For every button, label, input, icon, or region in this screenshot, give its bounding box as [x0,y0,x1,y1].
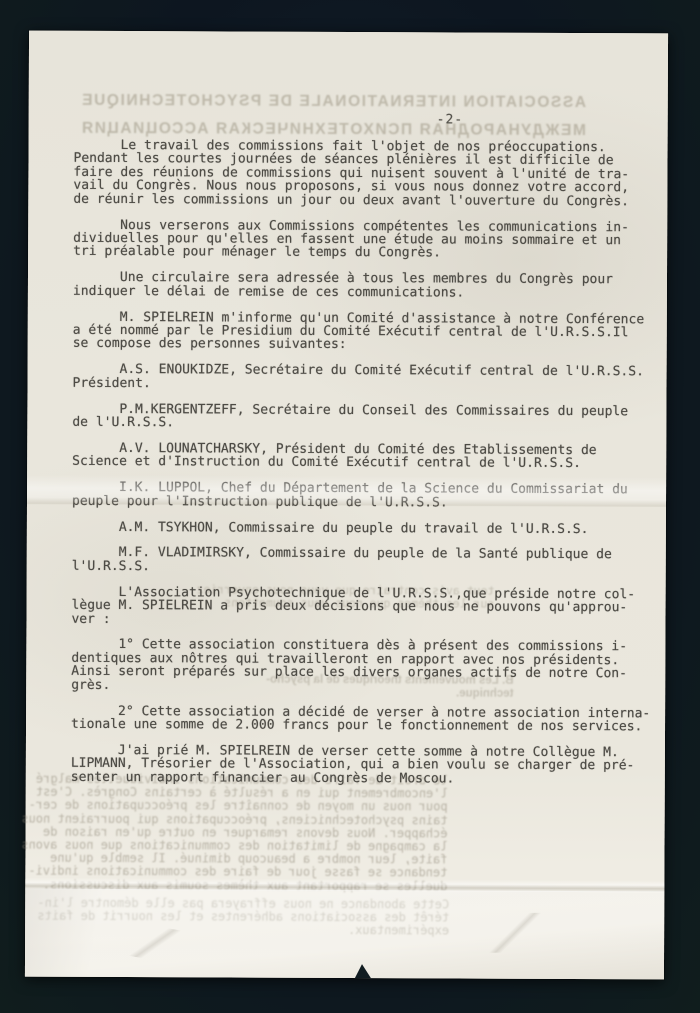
page-number: -2- [437,112,464,127]
paragraph-commissions-work: Le travail des commissions fait l'objet … [73,139,667,209]
paragraph-communications-triage: Nous verserons aux Commissions compétent… [73,218,667,261]
verso-letterhead-latin: ASSOCIATION INTERNATIONALE DE PSYCHOTECH… [59,87,608,117]
member-tsykhon: A.M. TSYKHON, Commissaire du peuple du t… [72,520,666,536]
scan-background: ASSOCIATION INTERNATIONALE DE PSYCHOTECH… [0,0,700,1013]
paper-wrinkle [455,912,575,953]
member-vladimirsky: M.F. VLADIMIRSKY, Commissaire du peuple … [72,546,666,575]
paragraph-association-decisions: L'Association Psychotechnique de l'U.R.S… [71,586,665,629]
member-luppol: I.K. LUPPOL, Chef du Département de la S… [72,481,666,510]
paragraph-decision-2: 2° Cette association a décidé de verser … [71,704,665,733]
member-enoukidze: A.S. ENOUKIDZE, Secrétaire du Comité Exé… [72,363,666,392]
paragraph-lipmann-rapport: J'ai prié M. SPIELREIN de verser cette s… [71,744,665,787]
letter-body: Le travail des commissions fait l'objet … [71,139,668,799]
paragraph-decision-1: 1° Cette association constituera dès à p… [71,638,665,694]
bottom-fold-highlight [25,889,664,980]
member-kergentzeff: P.M.KERGENTZEFF, Secrétaire du Conseil d… [72,402,666,431]
fold-crease-lower [25,878,664,893]
paragraph-spielrein-comite: M. SPIELREIN m'informe qu'un Comité d'as… [73,310,667,353]
paper-wrinkle [83,914,227,972]
paragraph-circulaire: Une circulaire sera adressée à tous les … [73,271,667,300]
verso-letterhead: ASSOCIATION INTERNATIONALE DE PSYCHOTECH… [59,87,608,145]
verso-paragraph-bleedthrough: Cette abondance ne nous effrayera pas el… [39,897,449,938]
document-page: ASSOCIATION INTERNATIONALE DE PSYCHOTECH… [25,31,668,980]
paper-edge-notch [355,964,371,978]
member-lounatcharsky: A.V. LOUNATCHARSKY, Président du Comité … [72,442,666,471]
